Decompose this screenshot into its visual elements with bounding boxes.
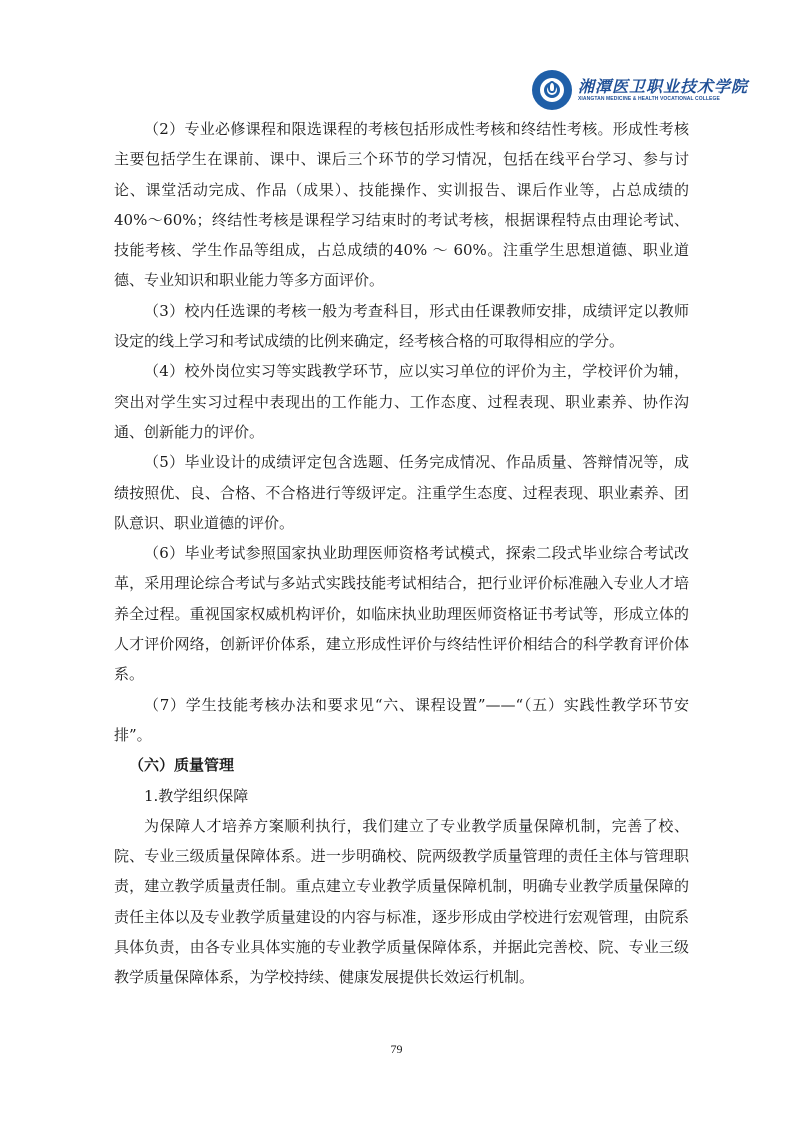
section-heading: （六）质量管理 — [114, 750, 689, 780]
paragraph-5: （5）毕业设计的成绩评定包含选题、任务完成情况、作品质量、答辩情况等，成绩按照优… — [114, 447, 689, 538]
body-paragraph: 为保障人才培养方案顺利执行，我们建立了专业教学质量保障机制，完善了校、院、专业三… — [114, 811, 689, 993]
college-brand: 湘潭医卫职业技术学院 XIANGTAN MEDICINE & HEALTH VO… — [578, 78, 748, 103]
college-logo-icon — [532, 70, 572, 110]
paragraph-7: （7）学生技能考核办法和要求见“六、课程设置”——“（五）实践性教学环节安排”。 — [114, 690, 689, 751]
paragraph-4: （4）校外岗位实习等实践教学环节，应以实习单位的评价为主，学校评价为辅，突出对学… — [114, 356, 689, 447]
paragraph-2: （2）专业必修课程和限选课程的考核包括形成性考核和终结性考核。形成性考核主要包括… — [114, 114, 689, 296]
document-body: （2）专业必修课程和限选课程的考核包括形成性考核和终结性考核。形成性考核主要包括… — [114, 114, 689, 993]
college-name-cn: 湘潭医卫职业技术学院 — [578, 78, 748, 96]
page-header: 湘潭医卫职业技术学院 XIANGTAN MEDICINE & HEALTH VO… — [532, 70, 748, 110]
paragraph-3: （3）校内任选课的考核一般为考查科目，形式由任课教师安排，成绩评定以教师设定的线… — [114, 296, 689, 357]
college-name-en: XIANGTAN MEDICINE & HEALTH VOCATIONAL CO… — [578, 96, 748, 103]
paragraph-6: （6）毕业考试参照国家执业助理医师资格考试模式，探索二段式毕业综合考试改革，采用… — [114, 538, 689, 689]
page-number: 79 — [0, 1042, 793, 1057]
subsection-heading: 1.教学组织保障 — [114, 781, 689, 811]
